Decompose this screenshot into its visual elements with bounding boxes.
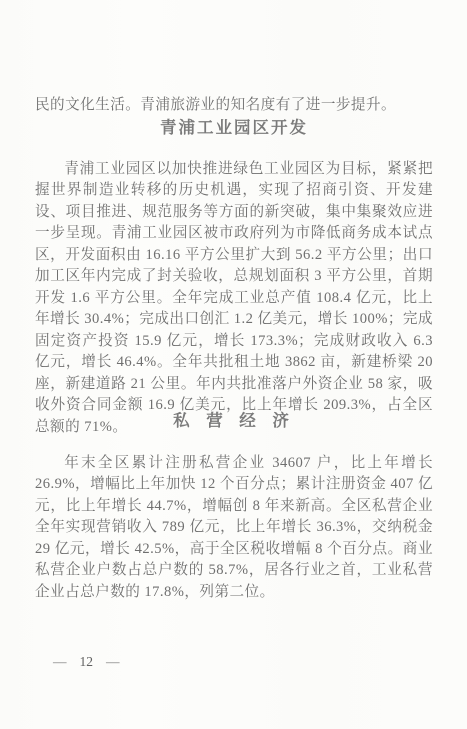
intro-paragraph-continuation: 民的文化生活。青浦旅游业的知名度有了进一步提升。 [35,95,433,117]
footer-left-dash: — [53,654,67,670]
section-heading-industrial-park: 青浦工业园区开发 [35,114,433,138]
page-footer: — 12 — [53,654,120,670]
footer-right-dash: — [106,654,120,670]
section-heading-private-economy: 私 营 经 济 [35,407,433,431]
page-number: 12 [80,654,94,670]
paragraph-private-economy: 年末全区累计注册私营企业 34607 户，比上年增长 26.9%，增幅比上年加快… [35,453,433,604]
paragraph-industrial-park: 青浦工业园区以加快推进绿色工业园区为目标，紧紧把握世界制造业转移的历史机遇，实现… [35,159,433,439]
scanned-page-background: 民的文化生活。青浦旅游业的知名度有了进一步提升。 青浦工业园区开发 青浦工业园区… [0,0,467,729]
